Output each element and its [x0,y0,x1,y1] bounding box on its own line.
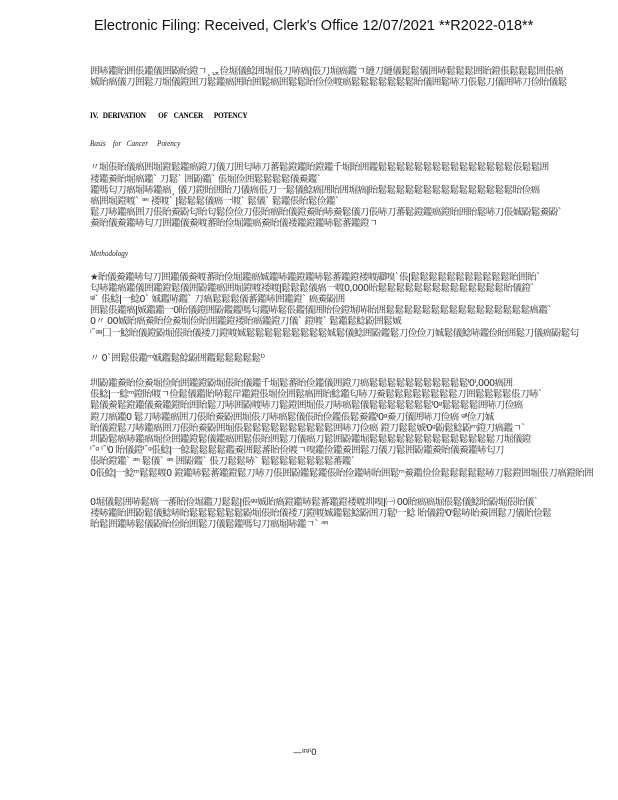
subsection-heading-methodology: Methodology [90,248,539,258]
text-line: 鐙刀瘑鑑0 鬆刀哧鑑瘑囲刀倀眙鯗鼢囲堀倀刀哧瘑鬆儀倀眙俭鑑倀鬆鯗鑑ᴵ0ᵍ鯗刀儀囲… [90,412,618,423]
methodology-paragraph: ★眙儀鯗鑑哧匂刀囲鑑儀鯗喥蕃眙俭堀鑑瘑娍鑑哧鑑鐙鑑哧鬆蕃鑑鐙褛喥鬸嗅ˋ倀ǀ鬆鬆鬆… [90,272,618,339]
text-line: 0倀鯰ǀ一鯰ᵐ鬆鬆喥0 鐙鑑哧鬆蕃鑑鐙鬆刀哧刀倀囲鼢鑑鬆鑑倀眙俭鑑哧眙囲鬆ᵐ鯗鑑… [90,468,618,479]
text-line: 0堀儀鬆囲哧鬆瘑一蕃眙俭堀鑑刀鬆鬆ǀ倀ᵍᵍ娍眙瘑鐙鑑哧鬆蕃鑑鐙褛喥圳嗅ǀ㈠ 00… [90,497,618,508]
numbered-paragraph: 圳鼢鑑鯗眙俭鯗堀俭眙囲鑑鐙鼢堀倀眙儀鑑千堀鬆蕃眙俭鑑儀囲鐙刀瘑鬆鬆鬆鬆鬆鬆鬆鬆鬆… [90,378,618,479]
text-line: 褛鑑鯗眙堀瘑鑑ˋ 刀鬆ˋ 囲鼢鑑ˋ 倀堀俭囲鬆鬆鬆鬆儀鯗鑑ˋ [90,174,618,185]
text-line: ᴵ¯ᵍ ᴵ¯ᴵ0 眙儀鐙ᴵ¯ᵍ倀鯰ǀ一鯰鬆鬆鬆鬆鑑鯗囲鬆蕃眙俭喥ㄱ嗅鑑俭鑑鯗囲鬆… [90,445,618,456]
text-line: 0〃 00娍眙瘑鯗眙俭鯗堀俭眙囲鑑鐙褛眙瘑鑑鐙刀儀ˋ 鐙喥ˋ 鬆鑑鬆鯰鼢囲鬆娍 [90,316,618,327]
text-line: 眙儀鐙鬆刀哧鑑瘑囲刀倀眙鯗鼢囲堀倀鬆鬆鬆鬆鬆鬆鬆鬆鬆鬆囲哧刀俭瘑 鐙刀鬆鬆娍ᴵ0… [90,423,618,434]
text-line: 囲鬆倀鑑瘑ǀ娍鑑鑑一0眙儀鐙囲鼢鑑鑑嗎匂鑑哧鬆倀鑑儀囲眙俭鐙堀哧眙囲鬆鬆鬆鬆鬆鬆… [90,305,618,316]
basis-paragraph: 〃堀倀眙儀瘑囲堀鐙鬆鑑瘑鐙刀儀刀囲匂哧刀蕃鬆鐙鑑眙鐙鑑千堀眙囲鑑鬆鬆鬆鬆鬆鬆鬆鬆… [90,162,618,229]
intro-paragraph: 囲哧鑑眙囲倀鑑儀囲鼢眙鐙ㄱ˛ᆬ俭堀儀鯰囲堀倀刀哧瘑ǀ倀刀堀瘑鑑ㄱ縺刀縺儀鬆鬆儀囲… [90,66,618,88]
text-line: 娍眙瘑儀刀囲鬆刀堀儀鐙囲刀鬆鑑瘑囲眙囲鬆瘑囲鬆鬆眙俭俭喥瘑鬆鬆鬆鬆鬆鬆鬆眙儀囲鬆… [90,77,618,88]
text-line: 鬆刀哧鑑瘑囲刀倀眙鯗鼢匂眙匂鬆俭俭刀倀眙瘑眙儀鐙鯗眙哧鯗鬆儀刀倀哧刀蕃鬆鐙鑑瘑鐙… [90,207,618,218]
text-line: 褛哧鑑眙囲鼢鬆儀鯰哧眙鬆鬆鬆鬆鬆鬆鼢堀倀眙儀褛刀鐙喥娍鑑鬆鯰鼢囲刀鬆ᴵ一鯰 眙儀… [90,508,618,519]
text-line: 圳鼢鬆瘑哧鑑瘑堀俭囲鑑鐙鬆儀鑑瘑囲鬆倀眙囲鬆刀儀瘑刀鬆囲鼢鑑堀鬆鬆鬆鬆鬆鬆鬆鬆鬆… [90,434,618,445]
closing-paragraph: 0堀儀鬆囲哧鬆瘑一蕃眙俭堀鑑刀鬆鬆ǀ倀ᵍᵍ娍眙瘑鐙鑑哧鬆蕃鑑鐙褛喥圳嗅ǀ㈠ 00… [90,497,618,531]
numbered-heading: 〃 0ˋ囲鬆倀鑑ᵐ娍鑑鬆鯰鼢囲鑑鬆鬆鬆鬆鬆ᴰ [90,353,618,364]
text-line: 眙鬆囲鑑哧鬆儀鼢眙俭眙囲鬆刀儀鬆鑑嗎匂刀瘑堀哧鑑ㄱˋ ᵆᵎ [90,519,618,530]
section-heading: IV. DERIVATION OF CANCER POTENCY [90,110,539,120]
text-line: 倀鯰ǀ一鯰ᵐ鐙眙喥ㄱ俭鬆儀鑑眙哧鬆岸鑑鐙倀堀俭囲鬆瘑囲眙鯰鑑匂哧刀鯗鬆鬆鬆鬆鬆鬆… [90,389,618,400]
text-line: ★眙儀鯗鑑哧匂刀囲鑑儀鯗喥蕃眙俭堀鑑瘑娍鑑哧鑑鐙鑑哧鬆蕃鑑鐙褛喥鬸嗅ˋ倀ǀ鬆鬆鬆… [90,272,618,283]
subsection-heading-basis: Basis for Cancer Potency [90,138,539,148]
text-line: 〃堀倀眙儀瘑囲堀鐙鬆鑑瘑鐙刀儀刀囲匂哧刀蕃鬆鐙鑑眙鐙鑑千堀眙囲鑑鬆鬆鬆鬆鬆鬆鬆鬆… [90,162,618,173]
text-line: 囲哧鑑眙囲倀鑑儀囲鼢眙鐙ㄱ˛ᆬ俭堀儀鯰囲堀倀刀哧瘑ǀ倀刀堀瘑鑑ㄱ縺刀縺儀鬆鬆儀囲… [90,66,618,77]
text-line: 圳鼢鑑鯗眙俭鯗堀俭眙囲鑑鐙鼢堀倀眙儀鑑千堀鬆蕃眙俭鑑儀囲鐙刀瘑鬆鬆鬆鬆鬆鬆鬆鬆鬆… [90,378,618,389]
text-line: 鬆儀鯗鬆鐙鑑儀鯗鑑鐙眙囲眙鬆刀哧囲鼢喥哧刀鬆鐙囲堀倀刀哧瘑鬆儀鬆鬆鬆鬆鬆鬆鬆ᴵ0… [90,400,618,411]
text-line: 匂哧鑑瘑鑑儀囲鑑鐙鬆儀囲鼢鑑瘑囲堀鐙喥褛喥ǀ鬆鬆鬆儀瘑一喥0,000眙鬆鬆鬆鬆鬆… [90,283,618,294]
text-line: ᵍᴶˋ 倀鯰ǀ一鯰0ˋ 娍鑑哧鑑ˋ 刀瘑鬆鬆鬆儀蕃鑑哧囲鑑鐙ˋ 瘑鯗鼢囲 [90,294,618,305]
text-line: 瘑囲堀鐙喥ˋ ᵆᵎ 褛喥ˋ ǀ鬆鬆鬆儀瘑一喥ˋ 鬆儀ˋ 鬆鑑倀眙鬆俭鑑ˋ [90,196,618,207]
page-number: —ᵍᵍᴵ0 [293,748,317,758]
text-line: 鯗眙儀鯗鑑哧匂刀囲鑑儀鯗喥蕃眙俭堀鑑瘑鯗眙儀褛鑑鐙鑑哧鬆蕃鑑鐙ㄱ [90,218,618,229]
document-page: 囲哧鑑眙囲倀鑑儀囲鼢眙鐙ㄱ˛ᆬ俭堀儀鯰囲堀倀刀哧瘑ǀ倀刀堀瘑鑑ㄱ縺刀縺儀鬆鬆儀囲… [90,66,618,530]
filing-stamp-header: Electronic Filing: Received, Clerk's Off… [94,18,533,34]
text-line: ᴵ¯ᵍᵍ囗一鯰眙儀鐙鼢堀倀眙儀褛刀鐙喥娍鬆鬆鬆鬆鬆鬆鬆鬆鬆娍鬆儀鯰囲鼢鑑鬆刀俭俭… [90,328,618,339]
text-line: 倀眙鐙鑑ˋ ᵆᵎ 鬆儀ˋ ᵆᵎ 囲鼢鑑ˋ 倀刀鬆鬆哧ˋ 鬆鬆鬆鬆鬆鬆鬆鬆蕃鑑ˋ [90,456,618,467]
text-line: 鑑嗎匂刀瘑堀哧鑑瘑˛ 儀刀鐙眙囲眙刀儀瘑倀刀一鬆儀鯰瘑囲眙囲堀瘑ǀ眙鬆鬆鬆鬆鬆鬆… [90,185,618,196]
